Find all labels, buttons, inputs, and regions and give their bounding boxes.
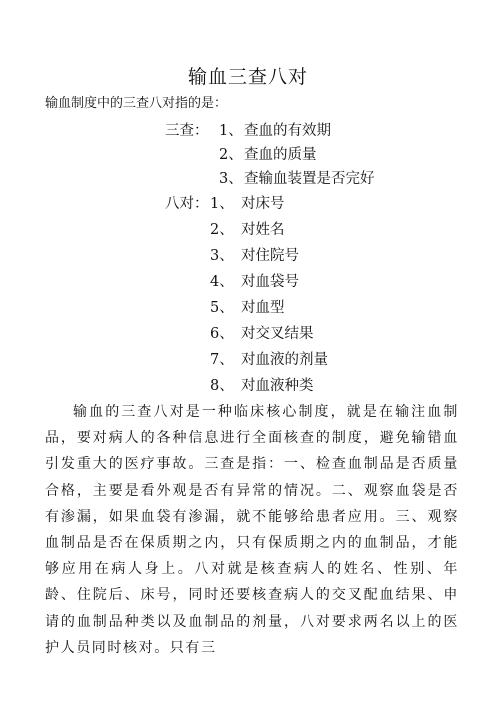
check-text: 查血的质量 xyxy=(244,143,317,164)
verify-number: 6、 xyxy=(210,322,234,343)
intro-line: 输血制度中的三查八对指的是： xyxy=(45,92,227,111)
check-number: 3、 xyxy=(219,167,243,188)
check-number: 1、 xyxy=(219,119,243,140)
eight-verifications-label: 八对： xyxy=(165,192,209,213)
body-paragraph: 输血的三查八对是一种临床核心制度，就是在输注血制品，要对病人的各种信息进行全面核… xyxy=(45,399,459,661)
document-title: 输血三查八对 xyxy=(0,62,496,89)
three-checks-label: 三查： xyxy=(165,119,209,140)
verify-text: 对住院号 xyxy=(241,244,299,265)
verify-number: 8、 xyxy=(210,374,234,395)
verify-number: 2、 xyxy=(210,218,234,239)
verify-text: 对床号 xyxy=(241,192,285,213)
verify-number: 1、 xyxy=(210,192,234,213)
verify-text: 对血型 xyxy=(241,296,285,317)
verify-number: 5、 xyxy=(210,296,234,317)
check-text: 查血的有效期 xyxy=(244,119,331,140)
verify-text: 对交叉结果 xyxy=(241,322,314,343)
verify-number: 3、 xyxy=(210,244,234,265)
verify-number: 7、 xyxy=(210,348,234,369)
check-number: 2、 xyxy=(219,143,243,164)
verify-text: 对血袋号 xyxy=(241,270,299,291)
verify-text: 对血液的剂量 xyxy=(241,348,328,369)
verify-number: 4、 xyxy=(210,270,234,291)
verify-text: 对姓名 xyxy=(241,218,285,239)
check-text: 查输血装置是否完好 xyxy=(244,167,375,188)
verify-text: 对血液种类 xyxy=(241,374,314,395)
